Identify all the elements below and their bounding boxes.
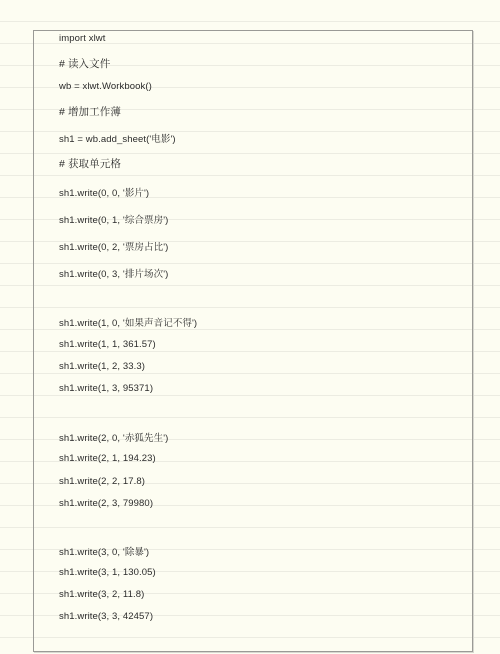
comment-line-read-file: # 读入文件	[59, 56, 110, 71]
code-line-write: sh1.write(0, 2, '票房占比')	[59, 239, 168, 253]
code-line-write: sh1.write(0, 1, '综合票房')	[59, 212, 168, 226]
code-line-write: sh1.write(3, 3, 42457)	[59, 611, 153, 622]
code-line-write: sh1.write(3, 2, 11.8)	[59, 589, 144, 600]
comment-line-get-cells: # 获取单元格	[59, 156, 121, 171]
code-line-write: sh1.write(1, 0, '如果声音记不得')	[59, 315, 197, 329]
code-line-write: sh1.write(1, 3, 95371)	[59, 383, 153, 394]
code-line-write: sh1.write(2, 0, '赤狐先生')	[59, 430, 168, 444]
code-line-write: sh1.write(3, 1, 130.05)	[59, 567, 156, 578]
code-line-write: sh1.write(0, 0, '影片')	[59, 185, 149, 199]
code-line-write: sh1.write(1, 1, 361.57)	[59, 339, 156, 350]
code-line-write: sh1.write(2, 3, 79980)	[59, 498, 153, 509]
code-line-write: sh1.write(3, 0, '除暴')	[59, 544, 149, 558]
code-line-write: sh1.write(2, 1, 194.23)	[59, 453, 156, 464]
code-line-write: sh1.write(2, 2, 17.8)	[59, 476, 145, 487]
code-line-write: sh1.write(1, 2, 33.3)	[59, 361, 145, 372]
comment-line-add-sheet: # 增加工作薄	[59, 104, 121, 119]
code-line-write: sh1.write(0, 3, '排片场次')	[59, 266, 168, 280]
code-line-add-sheet: sh1 = wb.add_sheet('电影')	[59, 131, 176, 145]
code-line-workbook: wb = xlwt.Workbook()	[59, 81, 152, 92]
code-line-import: import xlwt	[59, 33, 106, 44]
